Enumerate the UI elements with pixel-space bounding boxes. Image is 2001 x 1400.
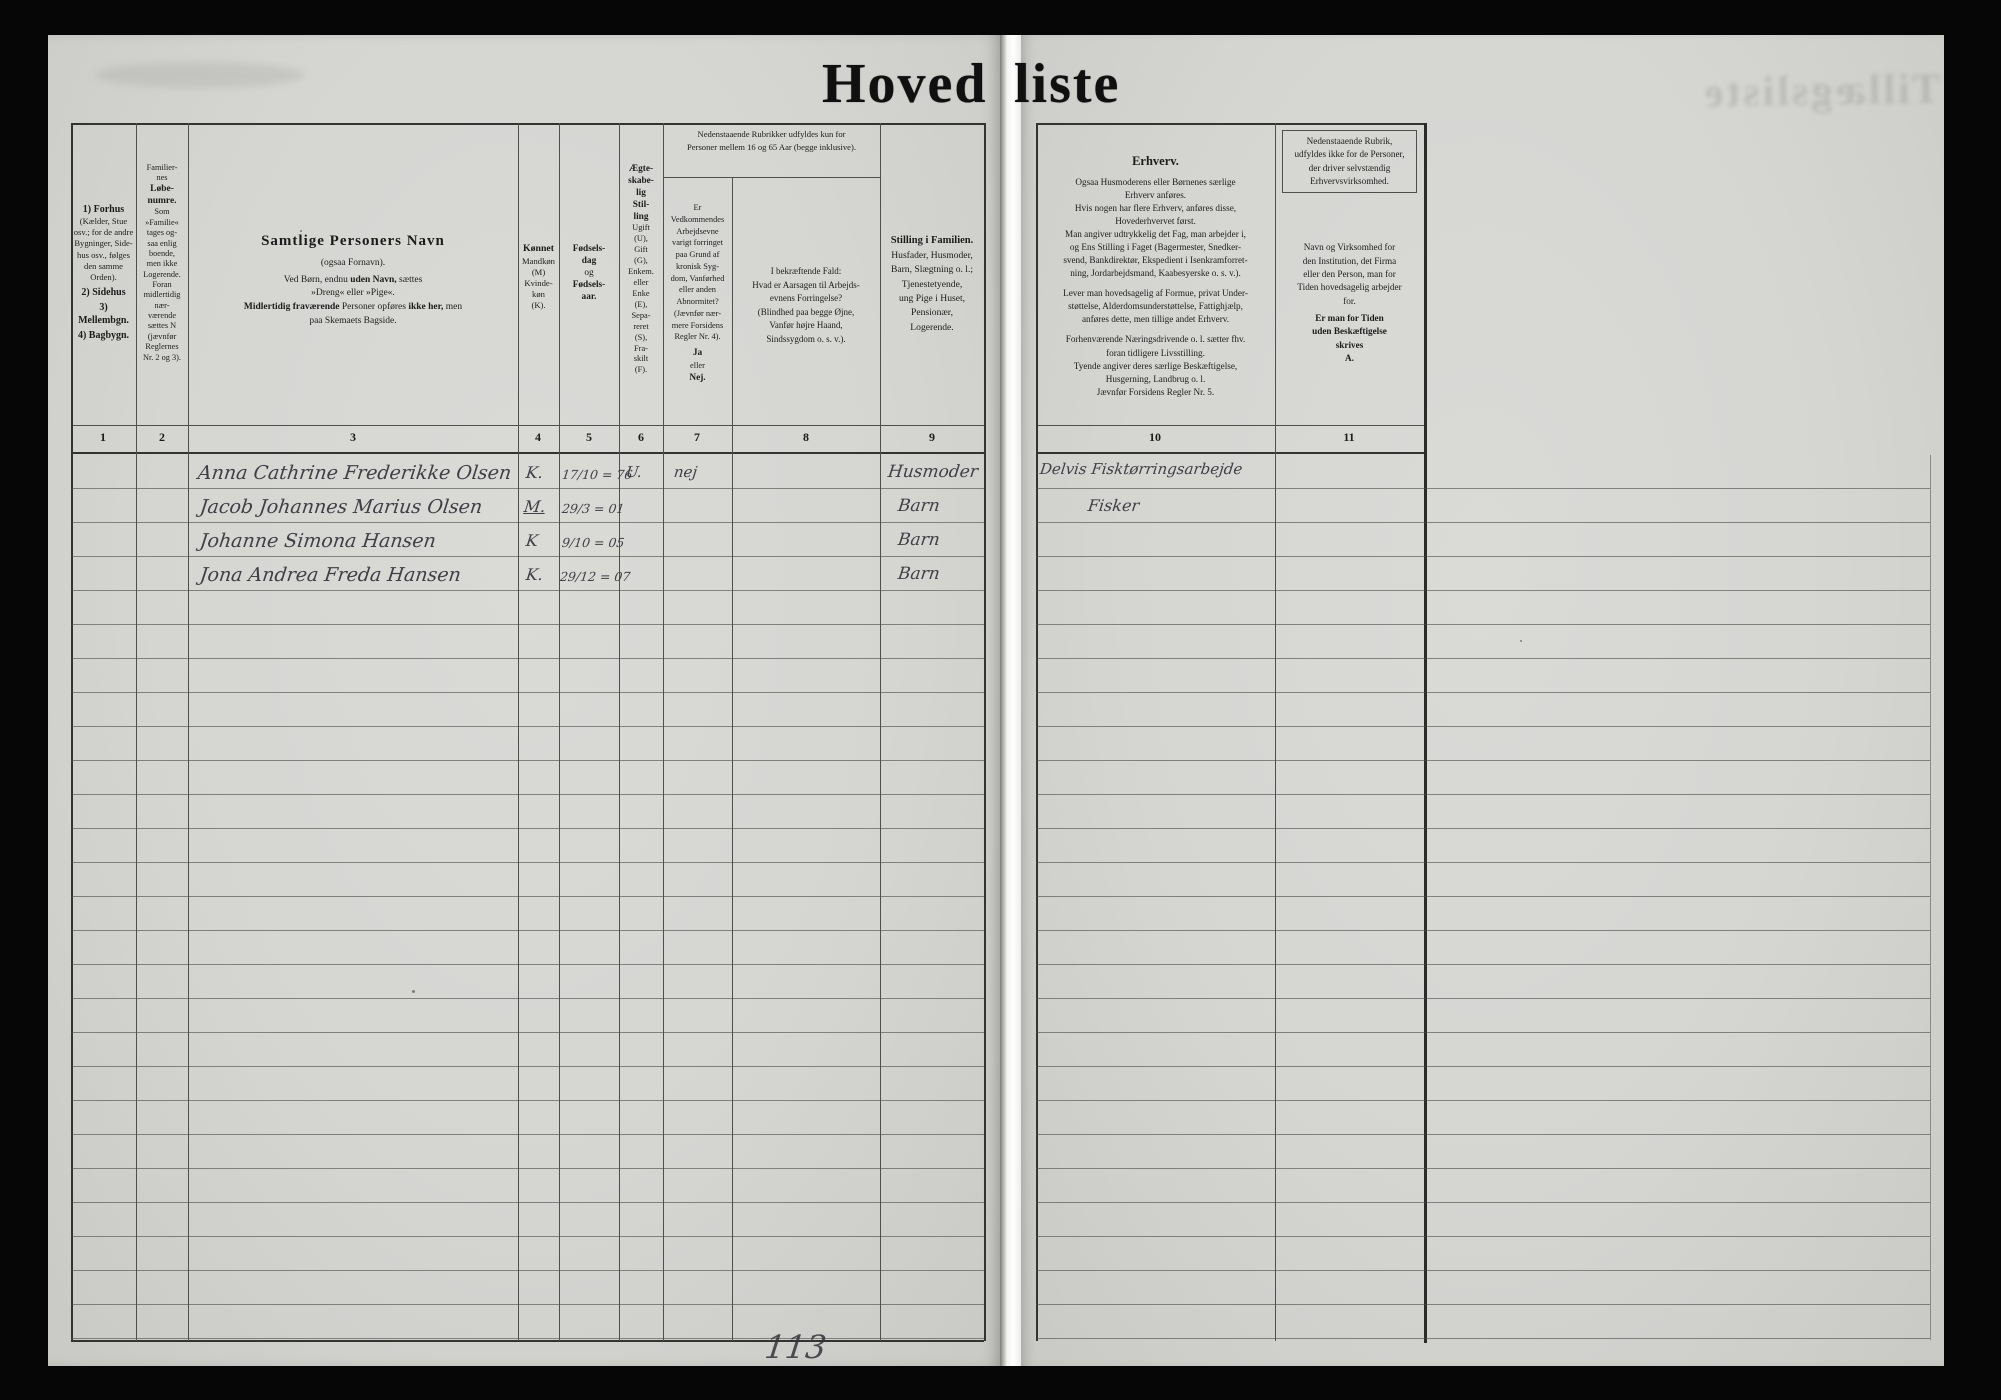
col-number-4: 4: [521, 430, 555, 452]
column-header-ability-cause: I bekræftende Fald: Hvad er Aarsagen til…: [733, 177, 879, 513]
text-run: Personer opføres: [339, 302, 408, 312]
header-position-list: Husfader, Husmoder, Barn, Slægtning o. l…: [881, 249, 983, 335]
entry-row-birthdate: 29/3 = 01: [561, 501, 625, 516]
header-names-rule1: Ved Børn, endnu uden Navn, sættes: [189, 274, 517, 288]
header-sex-note: Mandkøn (M) Kvinde- køn (K).: [519, 256, 558, 312]
entry-row-sex: K.: [525, 565, 544, 584]
header-names-rule4: paa Skemaets Bagside.: [189, 315, 517, 329]
header-mellembgn-label: 3) Mellembgn.: [73, 301, 134, 327]
col-number-9: 9: [915, 430, 949, 452]
entry-row-sex: K: [525, 531, 539, 550]
header-names-rule3: Midlertidig fraværende Personer opføres …: [189, 301, 517, 315]
text-run: sættes: [397, 275, 423, 285]
col-number-2: 2: [145, 430, 179, 452]
entry-row-sex: M.: [523, 497, 547, 516]
bleed-through-text: Tillægsliste: [1660, 66, 1941, 119]
entry-row-birthdate: 9/10 = 05: [561, 535, 625, 550]
header-birth-day: Fødsels- dag: [560, 243, 618, 267]
header-erhverv-p1: Ogsaa Husmoderens eller Børnenes særlige…: [1038, 176, 1273, 281]
entry-row-position: Barn: [897, 564, 941, 584]
column-header-family-number: Familier- nes Løbe- numre. Som »Familie«…: [137, 123, 187, 465]
header-marital-title: Ægte- skabe- lig Stil- ling: [620, 163, 662, 223]
scan-speck: [300, 230, 302, 232]
header-employer-note: Nedenstaaende Rubrik, udfyldes ikke for …: [1282, 130, 1417, 193]
column-header-marital: Ægte- skabe- lig Stil- ling Ugift (U), G…: [620, 123, 662, 465]
col-number-10: 10: [1138, 430, 1172, 452]
census-scan: Tillægsliste Hoved liste 1) Forhus (Kæld…: [0, 0, 2001, 1400]
header-birth-og: og: [560, 267, 618, 279]
header-family-note: Som »Familie« tages og- saa enlig boende…: [137, 207, 187, 362]
right-ruled-rows: [1036, 455, 1930, 1339]
col-number-6: 6: [624, 430, 658, 452]
header-erhverv-p3: Forhenværende Næringsdrivende o. l. sætt…: [1038, 333, 1273, 398]
entry-row-position: Husmoder: [887, 462, 979, 482]
header-employer-unemployed: Er man for Tiden uden Beskæftigelse skri…: [1276, 312, 1423, 365]
bleed-through-smudge: [95, 62, 305, 88]
header-forhus-note: (Kælder, Stue osv.; for de andre Bygning…: [73, 216, 134, 283]
text-run-bold: uden Navn,: [350, 275, 396, 285]
entry-row-birthdate: 17/10 = 76: [561, 467, 633, 482]
scan-speck: [412, 990, 415, 993]
entry-row-position: Barn: [897, 530, 941, 550]
entry-row-name: Jacob Johannes Marius Olsen: [199, 496, 484, 518]
page-title-right: liste: [1014, 52, 1120, 116]
header-loebenumre-label: Løbe- numre.: [137, 184, 187, 208]
text-run-bold: Midlertidig fraværende: [244, 302, 340, 312]
text-run: men: [443, 302, 462, 312]
header-ability-eller: eller: [664, 360, 731, 372]
header-erhverv-p2: Lever man hovedsagelig af Formue, privat…: [1038, 287, 1273, 326]
header-names-rule2: »Dreng« eller »Pige«.: [189, 287, 517, 301]
entry-row-name: Johanne Simona Hansen: [199, 530, 438, 552]
header-employer-text: Navn og Virksomhed for den Institution, …: [1276, 241, 1423, 308]
header-names-title: Samtlige Personers Navn: [189, 231, 517, 253]
text-run: Ved Børn, endnu: [284, 275, 351, 285]
col-number-8: 8: [789, 430, 823, 452]
entry-row-ability: nej: [673, 463, 698, 481]
header-cause-text: I bekræftende Fald: Hvad er Aarsagen til…: [733, 265, 879, 346]
col-number-11: 11: [1332, 430, 1366, 452]
entry-row-position: Barn: [897, 496, 941, 516]
left-table-bottom-border: [71, 1340, 984, 1342]
header-marital-codes: Ugift (U), Gift (G), Enkem. eller Enke (…: [620, 223, 662, 376]
left-table-right-border: [984, 123, 986, 1341]
header-ability-ja: Ja: [664, 347, 731, 360]
header-ability-nej: Nej.: [664, 372, 731, 385]
text-run-bold: ikke her,: [408, 302, 443, 312]
entry-row-birthdate: 29/12 = 07: [559, 569, 631, 584]
header-bagbygn-label: 4) Bagbygn.: [73, 329, 134, 342]
header-position-title: Stilling i Familien.: [881, 233, 983, 249]
entry-row-name: Jona Andrea Freda Hansen: [199, 564, 463, 586]
header-sex-title: Kønnet: [519, 243, 558, 256]
left-ruled-rows: [71, 455, 984, 1339]
entry-row-sex: K.: [525, 463, 544, 482]
entry-row-marital: U.: [625, 463, 643, 481]
header-ability-question: Er Vedkommendes Arbejdsevne varigt forri…: [664, 202, 731, 343]
right-page-edge-line: [1930, 455, 1931, 1340]
header-birth-year: Fødsels- aar.: [560, 279, 618, 303]
column-header-work-ability: Er Vedkommendes Arbejdsevne varigt forri…: [664, 177, 731, 450]
column-header-age-band-note: Nedenstaaende Rubrikker udfyldes kun for…: [664, 128, 879, 154]
header-names-sub: (ogsaa Fornavn).: [189, 257, 517, 271]
entry-row-occupation: Delvis Fisktørringsarbejde: [1039, 460, 1244, 478]
col-number-7: 7: [680, 430, 714, 452]
header-forhus-label: 1) Forhus: [73, 203, 134, 216]
column-header-occupation: Erhverv. Ogsaa Husmoderens eller Børnene…: [1038, 123, 1273, 455]
header-erhverv-title: Erhverv.: [1038, 153, 1273, 171]
col-number-5: 5: [572, 430, 606, 452]
header-family-label: Familier- nes: [137, 163, 187, 184]
entry-row-occupation: Fisker: [1087, 496, 1141, 515]
header-sidehus-label: 2) Sidehus: [73, 286, 134, 299]
col-number-1: 1: [86, 430, 120, 452]
page-title-left: Hoved: [822, 52, 988, 116]
page-number-handwritten: 113: [763, 1328, 829, 1366]
scan-speck: [1520, 640, 1522, 642]
column-header-employer: Nedenstaaende Rubrik, udfyldes ikke for …: [1276, 123, 1423, 425]
entry-row-name: Anna Cathrine Frederikke Olsen: [197, 462, 513, 484]
col-number-3: 3: [336, 430, 370, 452]
